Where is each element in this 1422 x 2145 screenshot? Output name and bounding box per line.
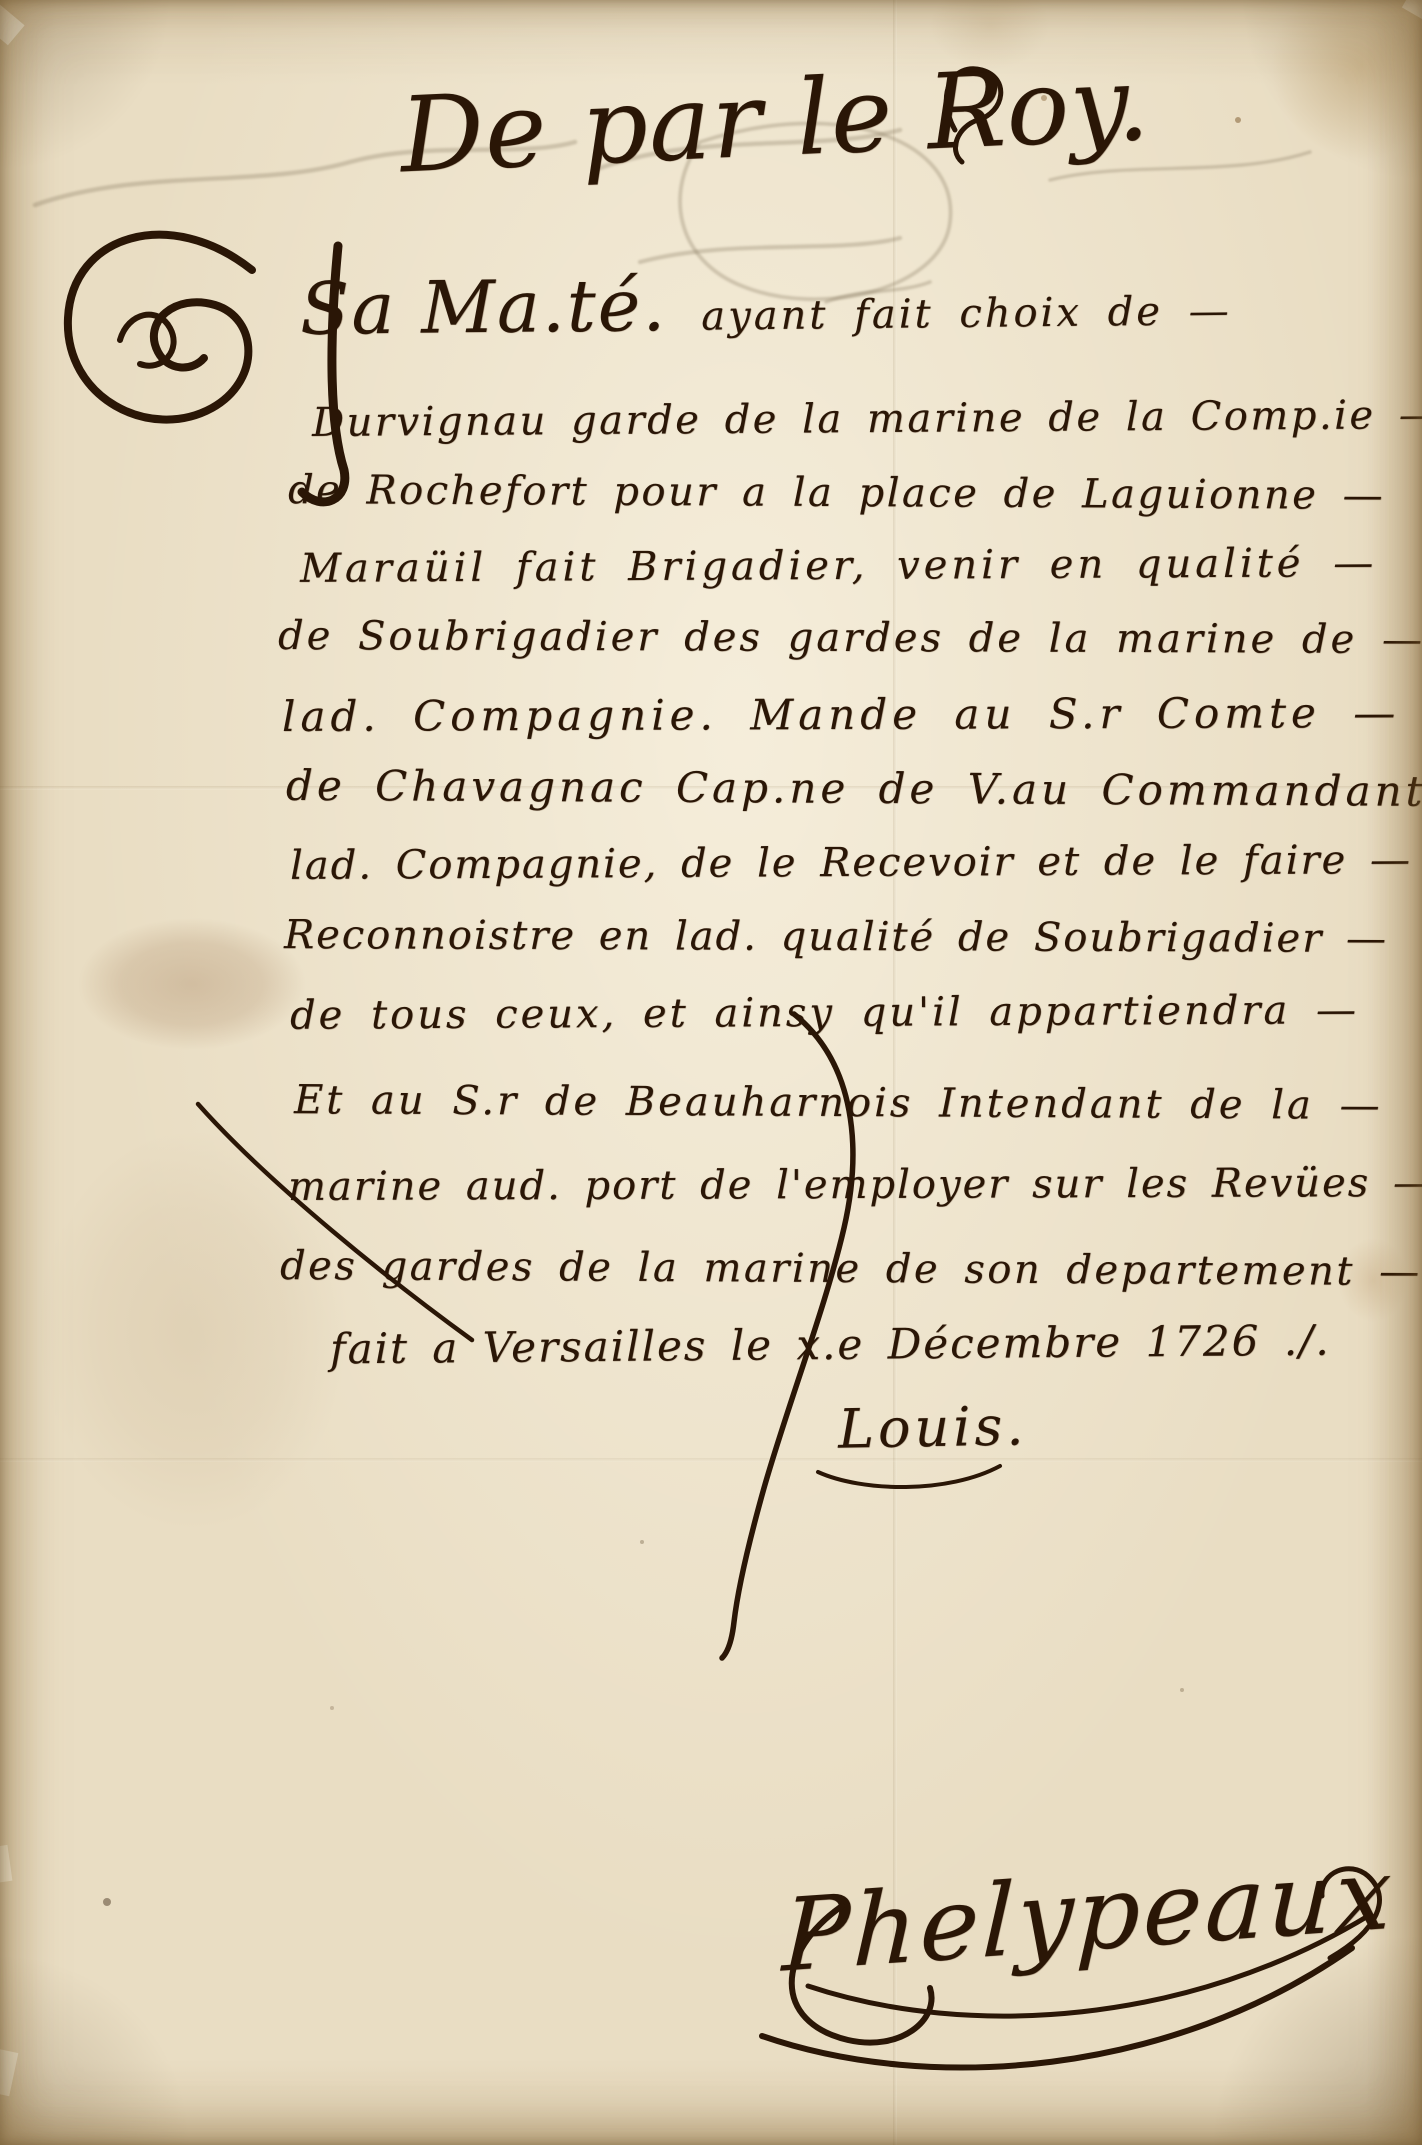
secretary-signature-phelypeaux: Phelypeaux — [781, 1834, 1397, 1994]
manuscript-line: Reconnoistre en lad. qualité de Soubriga… — [284, 912, 1388, 962]
torn-edge-chip — [1402, 0, 1422, 21]
torn-edge-chip — [0, 1845, 12, 1883]
salutation-continuation: ayant fait choix de — — [701, 288, 1232, 340]
manuscript-line: lad. Compagnie. Mande au S.r Comte — — [282, 688, 1400, 741]
header-de-par-le-roy: De par le Roy. — [398, 42, 1153, 197]
manuscript-line: de Rochefort pour a la place de Laguionn… — [288, 467, 1385, 519]
manuscript-line: fait a Versailles le x.e Décembre 1726 .… — [330, 1316, 1331, 1374]
salutation-line: Sa Ma.té. ayant fait choix de — — [300, 257, 1232, 351]
horizontal-fold-crease — [0, 1458, 1422, 1462]
manuscript-line: de tous ceux, et ainsy qu'il appartiendr… — [290, 987, 1359, 1039]
manuscript-line: de Chavagnac Cap.ne de V.au Commandant — — [286, 761, 1422, 816]
royal-paraph-flourish — [68, 235, 252, 420]
torn-edge-chip — [0, 5, 25, 45]
manuscript-line: des gardes de la marine de son departeme… — [280, 1243, 1422, 1295]
manuscript-line: marine aud. port de l'employer sur les R… — [288, 1160, 1422, 1210]
fait-leadin-flourish — [198, 1104, 472, 1340]
corner-stain — [1272, 0, 1422, 160]
manuscript-line: de Soubrigadier des gardes de la marine … — [278, 613, 1422, 663]
manuscript-line: Et au S.r de Beauharnois Intendant de la… — [294, 1077, 1383, 1129]
salutation-sa-majeste: Sa Ma.té. — [300, 263, 668, 351]
manuscript-line: Durvignau garde de la marine de la Comp.… — [312, 392, 1422, 446]
torn-edge-chip — [0, 2048, 18, 2096]
ink-specks — [0, 0, 4, 4]
louis-underline-flourish — [818, 1466, 1000, 1487]
royal-signature-louis: Louis. — [837, 1394, 1027, 1460]
manuscript-page: De par le Roy. Sa Ma.té. ayant fait choi… — [0, 0, 1422, 2145]
manuscript-line: lad. Compagnie, de le Recevoir et de le … — [290, 837, 1412, 889]
manuscript-line: Maraüil fait Brigadier, venir en qualité… — [300, 540, 1377, 592]
round-stain — [78, 918, 306, 1050]
